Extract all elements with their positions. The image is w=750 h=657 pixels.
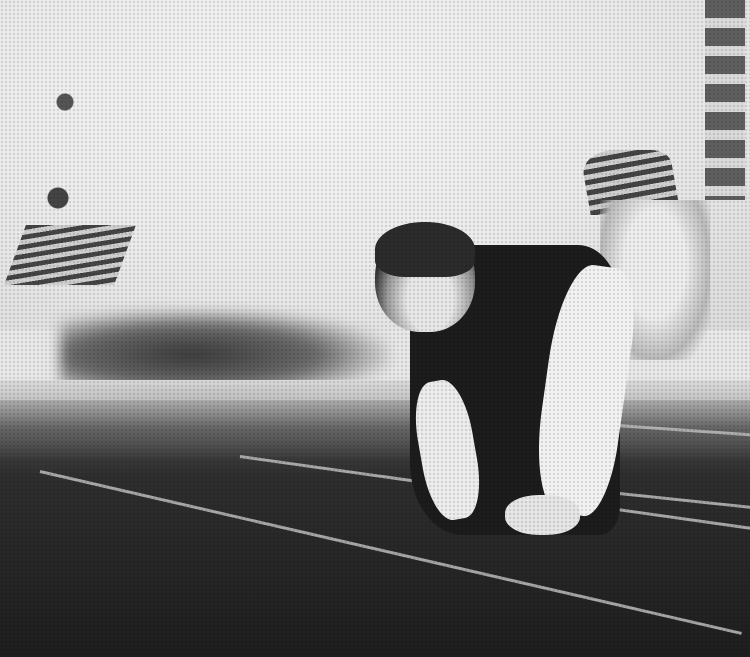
background-foliage bbox=[30, 70, 100, 230]
background-post bbox=[705, 0, 745, 200]
hurdle-left bbox=[4, 225, 136, 285]
newspaper-photo: Halftone black-and-white newspaper photo… bbox=[0, 0, 750, 657]
track-horizon bbox=[0, 380, 750, 460]
runner-hands bbox=[505, 495, 580, 535]
runner-hair bbox=[375, 222, 475, 277]
